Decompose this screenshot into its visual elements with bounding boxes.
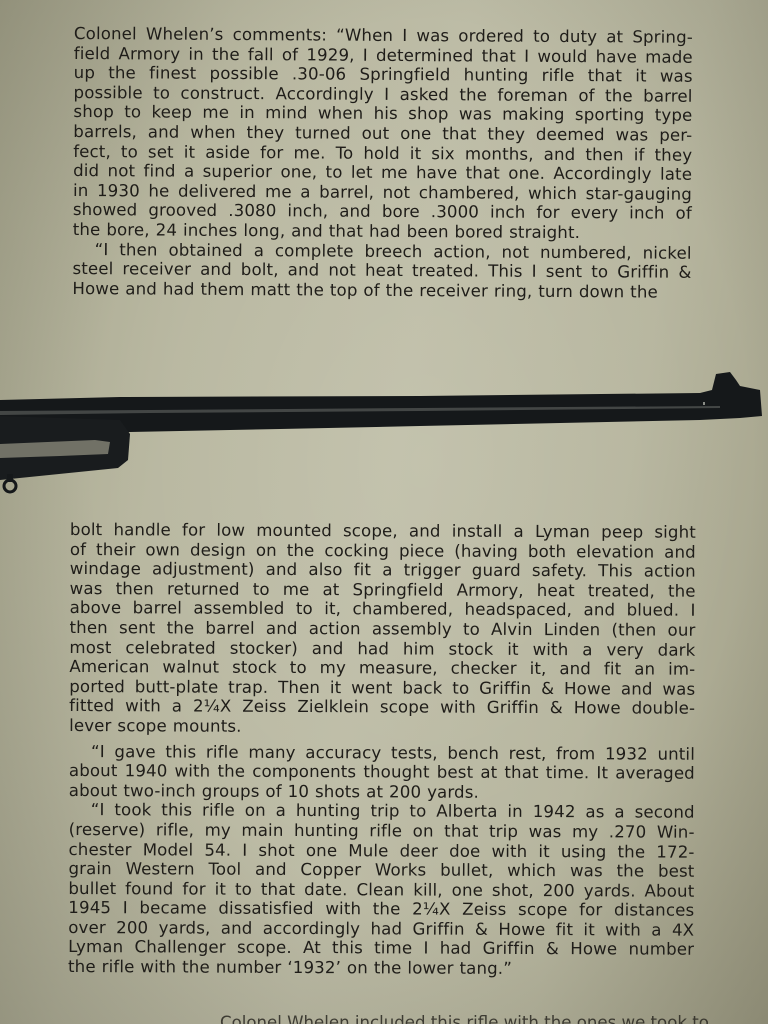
rifle-photo bbox=[0, 360, 768, 510]
text-line: above barrel assembled to it, chambered,… bbox=[70, 598, 696, 620]
paragraph: “I gave this rifle many accuracy tests, … bbox=[69, 742, 695, 804]
text-line: “I took this rifle on a hunting trip to … bbox=[69, 800, 695, 822]
text-line: Lyman Challenger scope. At this time I h… bbox=[68, 937, 694, 959]
text-line: bolt handle for low mounted scope, and i… bbox=[70, 520, 696, 542]
text-line: grain Western Tool and Copper Works bull… bbox=[68, 859, 694, 881]
paragraph: “I took this rifle on a hunting trip to … bbox=[68, 800, 695, 979]
text-line: “I gave this rifle many accuracy tests, … bbox=[69, 742, 695, 764]
text-line: ported butt-plate trap. Then it went bac… bbox=[69, 677, 695, 699]
text-line: lever scope mounts. bbox=[69, 716, 695, 738]
article-text-bottom: bolt handle for low mounted scope, and i… bbox=[68, 520, 696, 979]
paragraph: Colonel Whelen’s comments: “When I was o… bbox=[73, 24, 693, 243]
paragraph: “I then obtained a complete breech actio… bbox=[72, 240, 691, 303]
cutoff-text-line: Colonel Whelen included this rifle with … bbox=[220, 1013, 700, 1024]
text-line: Howe and had them matt the top of the re… bbox=[72, 279, 691, 302]
text-line: bullet found for it to that date. Clean … bbox=[68, 879, 694, 901]
text-line: fitted with a 2¼X Zeiss Zielklein scope … bbox=[69, 696, 695, 718]
text-line: about 1940 with the components thought b… bbox=[69, 761, 695, 783]
text-line: (reserve) rifle, my main hunting rifle o… bbox=[69, 820, 695, 842]
text-line: was then returned to me at Springfield A… bbox=[70, 579, 696, 601]
paragraph: bolt handle for low mounted scope, and i… bbox=[69, 520, 696, 738]
text-line: of their own design on the cocking piece… bbox=[70, 540, 696, 562]
text-line: 1945 I became dissatisfied with the 2¼X … bbox=[68, 898, 694, 920]
text-line: American walnut stock to my measure, che… bbox=[69, 657, 695, 679]
text-line: about two-inch groups of 10 shots at 200… bbox=[69, 781, 695, 803]
text-line: most celebrated stocker) and had him sto… bbox=[69, 638, 695, 660]
article-text-top: Colonel Whelen’s comments: “When I was o… bbox=[72, 24, 693, 302]
text-line: windage adjustment) and also fit a trigg… bbox=[70, 559, 696, 581]
rifle-silhouette-icon bbox=[0, 372, 762, 492]
text-line: then sent the barrel and action assembly… bbox=[69, 618, 695, 640]
text-line: over 200 yards, and accordingly had Grif… bbox=[68, 918, 694, 940]
text-line: the rifle with the number ‘1932’ on the … bbox=[68, 957, 694, 979]
text-line: chester Model 54. I shot one Mule deer d… bbox=[69, 839, 695, 861]
